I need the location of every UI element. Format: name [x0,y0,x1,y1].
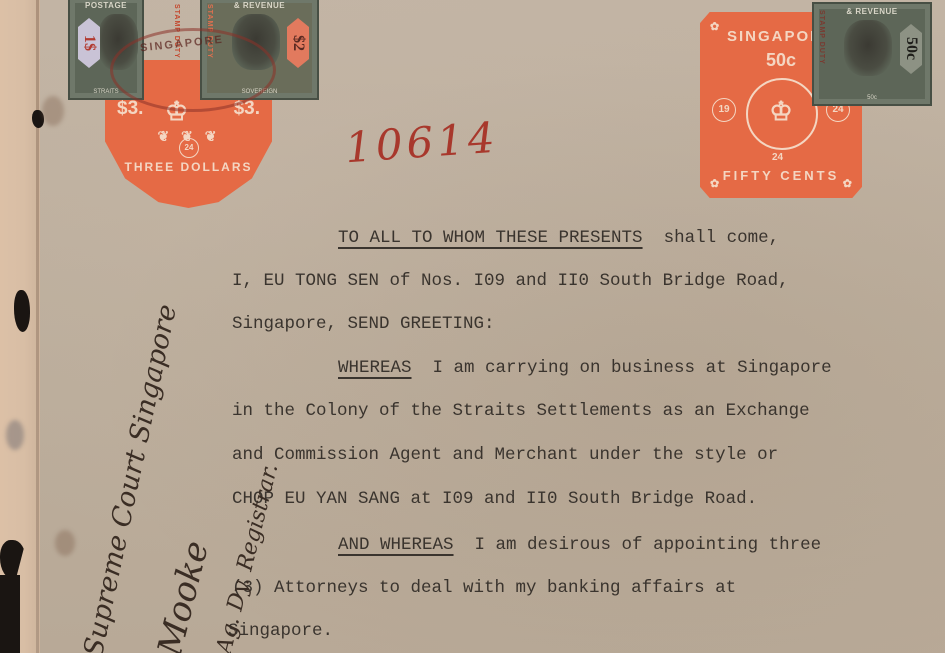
stamp-value: 50c [900,24,922,74]
stamp-top-label: & REVENUE [202,1,317,10]
edge-damage [0,575,20,653]
line-text: shall come, [643,228,780,248]
line-text: in the Colony of the Straits Settlements… [232,401,810,421]
line-text: I, EU TONG SEN of Nos. I09 and II0 South… [232,271,789,291]
paper-stain [55,530,75,556]
handwritten-reference-number: 10614 [343,113,500,173]
deed-line: in the Colony of the Straits Settlements… [232,399,810,423]
stamp-year-left: 19 [712,98,736,122]
edge-damage [14,290,30,332]
underlined-heading: WHEREAS [338,358,412,378]
handwritten-signature: Mooke [150,537,217,653]
paper-stain [6,420,24,450]
underlined-heading: AND WHEREAS [338,535,454,555]
deed-line: AND WHEREAS I am desirous of appointing … [338,533,821,557]
deed-line: TO ALL TO WHOM THESE PRESENTS shall come… [338,226,779,250]
stamp-value: $2 [287,18,309,68]
stamp-top-label: & REVENUE [814,7,930,16]
adhesive-stamp-fifty-cent: & REVENUE 50c 50c [812,2,932,106]
rose-icon: ✿ [710,177,719,190]
underlined-heading: TO ALL TO WHOM THESE PRESENTS [338,228,643,248]
line-text: I am carrying on business at Singapore [412,358,832,378]
stamp-value: 1$ [78,18,100,68]
stamp-top-label: POSTAGE [70,1,142,10]
paper-stain [42,96,64,126]
stamp-words: THREE DOLLARS [105,160,272,174]
deed-line: I, EU TONG SEN of Nos. I09 and II0 South… [232,269,789,293]
line-text: I am desirous of appointing three [454,535,822,555]
stamp-year-bottom: 24 [772,152,783,163]
stamp-year-mark: 24 [179,138,199,158]
deed-line: (3) Attorneys to deal with my banking af… [232,576,736,600]
stamp-bottom-label: 50c [814,95,930,101]
line-text: CHOP EU YAN SANG at I09 and II0 South Br… [232,489,757,509]
deed-line: Singapore, SEND GREETING: [232,312,495,336]
rose-icon: ✿ [843,177,852,190]
stamp-duty-overprint: STAMP DUTY [818,10,825,65]
line-text: and Commission Agent and Merchant under … [232,445,778,465]
deed-line: and Commission Agent and Merchant under … [232,443,778,467]
line-text: Singapore, SEND GREETING: [232,314,495,334]
deed-line: CHOP EU YAN SANG at I09 and II0 South Br… [232,487,757,511]
page-fold-line [36,0,39,653]
deed-line: WHEREAS I am carrying on business at Sin… [338,356,832,380]
document-page: $3. ♔ $3. ❦ ❦ ❦ 24 THREE DOLLARS POSTAGE… [0,0,945,653]
king-portrait [844,20,892,76]
stamp-words: FIFTY CENTS [700,168,862,183]
line-text: (3) Attorneys to deal with my banking af… [232,578,736,598]
